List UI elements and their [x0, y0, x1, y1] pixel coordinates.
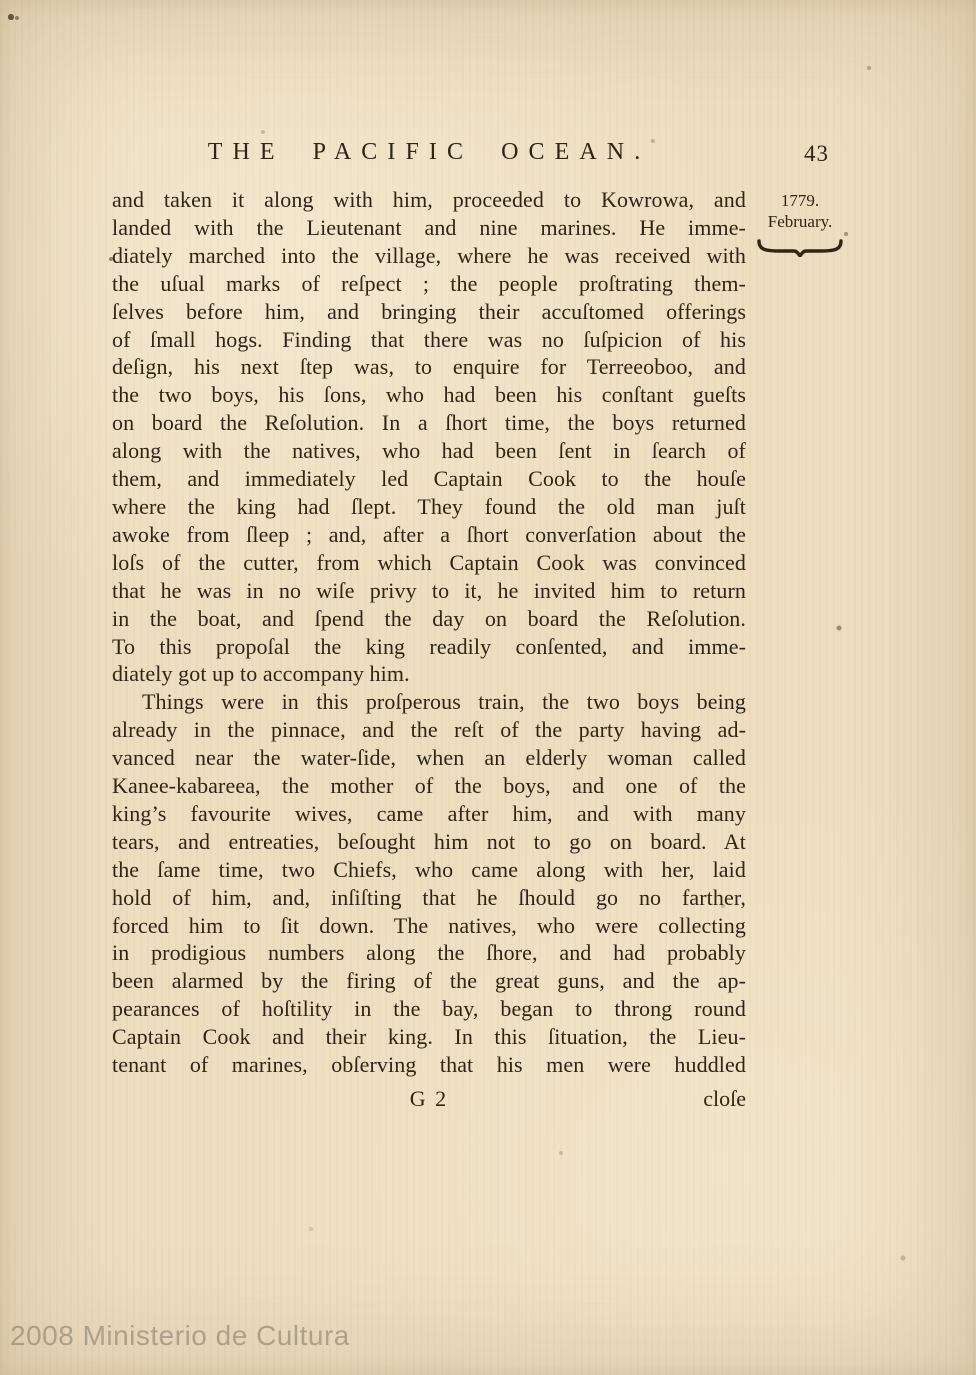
text-line: Kanee-kabareea, the mother of the boys, … — [112, 772, 746, 800]
page-number: 43 — [804, 141, 829, 167]
text-line: loſs of the cutter, from which Captain C… — [112, 549, 746, 577]
margin-note-year: 1779. — [748, 190, 852, 211]
text-block: and taken it along with him, proceeded t… — [112, 186, 746, 1079]
text-line: tenant of marines, obſerving that his me… — [112, 1051, 746, 1079]
text-line: pearances of hoſtility in the bay, began… — [112, 995, 746, 1023]
text-line: the two boys, his ſons, who had been his… — [112, 381, 746, 409]
catchword: cloſe — [703, 1086, 746, 1112]
text-line: on board the Reſolution. In a ſhort time… — [112, 409, 746, 437]
text-line: been alarmed by the firing of the great … — [112, 967, 746, 995]
text-line: diately marched into the village, where … — [112, 242, 746, 270]
text-line: diately got up to accompany him. — [112, 660, 746, 688]
text-line: that he was in no wiſe privy to it, he i… — [112, 577, 746, 605]
paragraph: and taken it along with him, proceeded t… — [112, 186, 746, 688]
text-line: and taken it along with him, proceeded t… — [112, 186, 746, 214]
text-line: Captain Cook and their king. In this ſit… — [112, 1023, 746, 1051]
text-line: already in the pinnace, and the reſt of … — [112, 716, 746, 744]
text-line: where the king had ſlept. They found the… — [112, 493, 746, 521]
text-line: them, and immediately led Captain Cook t… — [112, 465, 746, 493]
text-line: To this propoſal the king readily conſen… — [112, 633, 746, 661]
text-line: of ſmall hogs. Finding that there was no… — [112, 326, 746, 354]
text-line: forced him to ſit down. The natives, who… — [112, 912, 746, 940]
text-line: in the boat, and ſpend the day on board … — [112, 605, 746, 633]
text-line: the ſame time, two Chiefs, who came alon… — [112, 856, 746, 884]
margin-note-month: February. — [748, 211, 852, 232]
text-line: the uſual marks of reſpect ; the people … — [112, 270, 746, 298]
footer-row: G 2 cloſe — [112, 1086, 746, 1116]
book-page-scan: THE PACIFIC OCEAN. 43 1779. February. an… — [0, 0, 976, 1375]
paper-specks — [0, 0, 2, 2]
text-line: landed with the Lieutenant and nine mari… — [112, 214, 746, 242]
text-line: ſelves before him, and bringing their ac… — [112, 298, 746, 326]
text-line: vanced near the water-ſide, when an elde… — [112, 744, 746, 772]
paragraph: Things were in this proſperous train, th… — [112, 688, 746, 1079]
text-line: awoke from ſleep ; and, after a ſhort co… — [112, 521, 746, 549]
text-line: king’s favourite wives, came after him, … — [112, 800, 746, 828]
text-line: deſign, his next ſtep was, to enquire fo… — [112, 353, 746, 381]
signature-mark: G 2 — [112, 1086, 746, 1112]
margin-note-brace-icon — [748, 235, 852, 262]
margin-note: 1779. February. — [748, 190, 852, 262]
text-line: hold of him, and, inſiſting that he ſhou… — [112, 884, 746, 912]
text-line: Things were in this proſperous train, th… — [112, 688, 746, 716]
text-line: in prodigious numbers along the ſhore, a… — [112, 939, 746, 967]
running-header-title: THE PACIFIC OCEAN. — [112, 139, 746, 166]
library-watermark: 2008 Ministerio de Cultura — [10, 1320, 350, 1352]
text-line: tears, and entreaties, beſought him not … — [112, 828, 746, 856]
text-line: along with the natives, who had been ſen… — [112, 437, 746, 465]
